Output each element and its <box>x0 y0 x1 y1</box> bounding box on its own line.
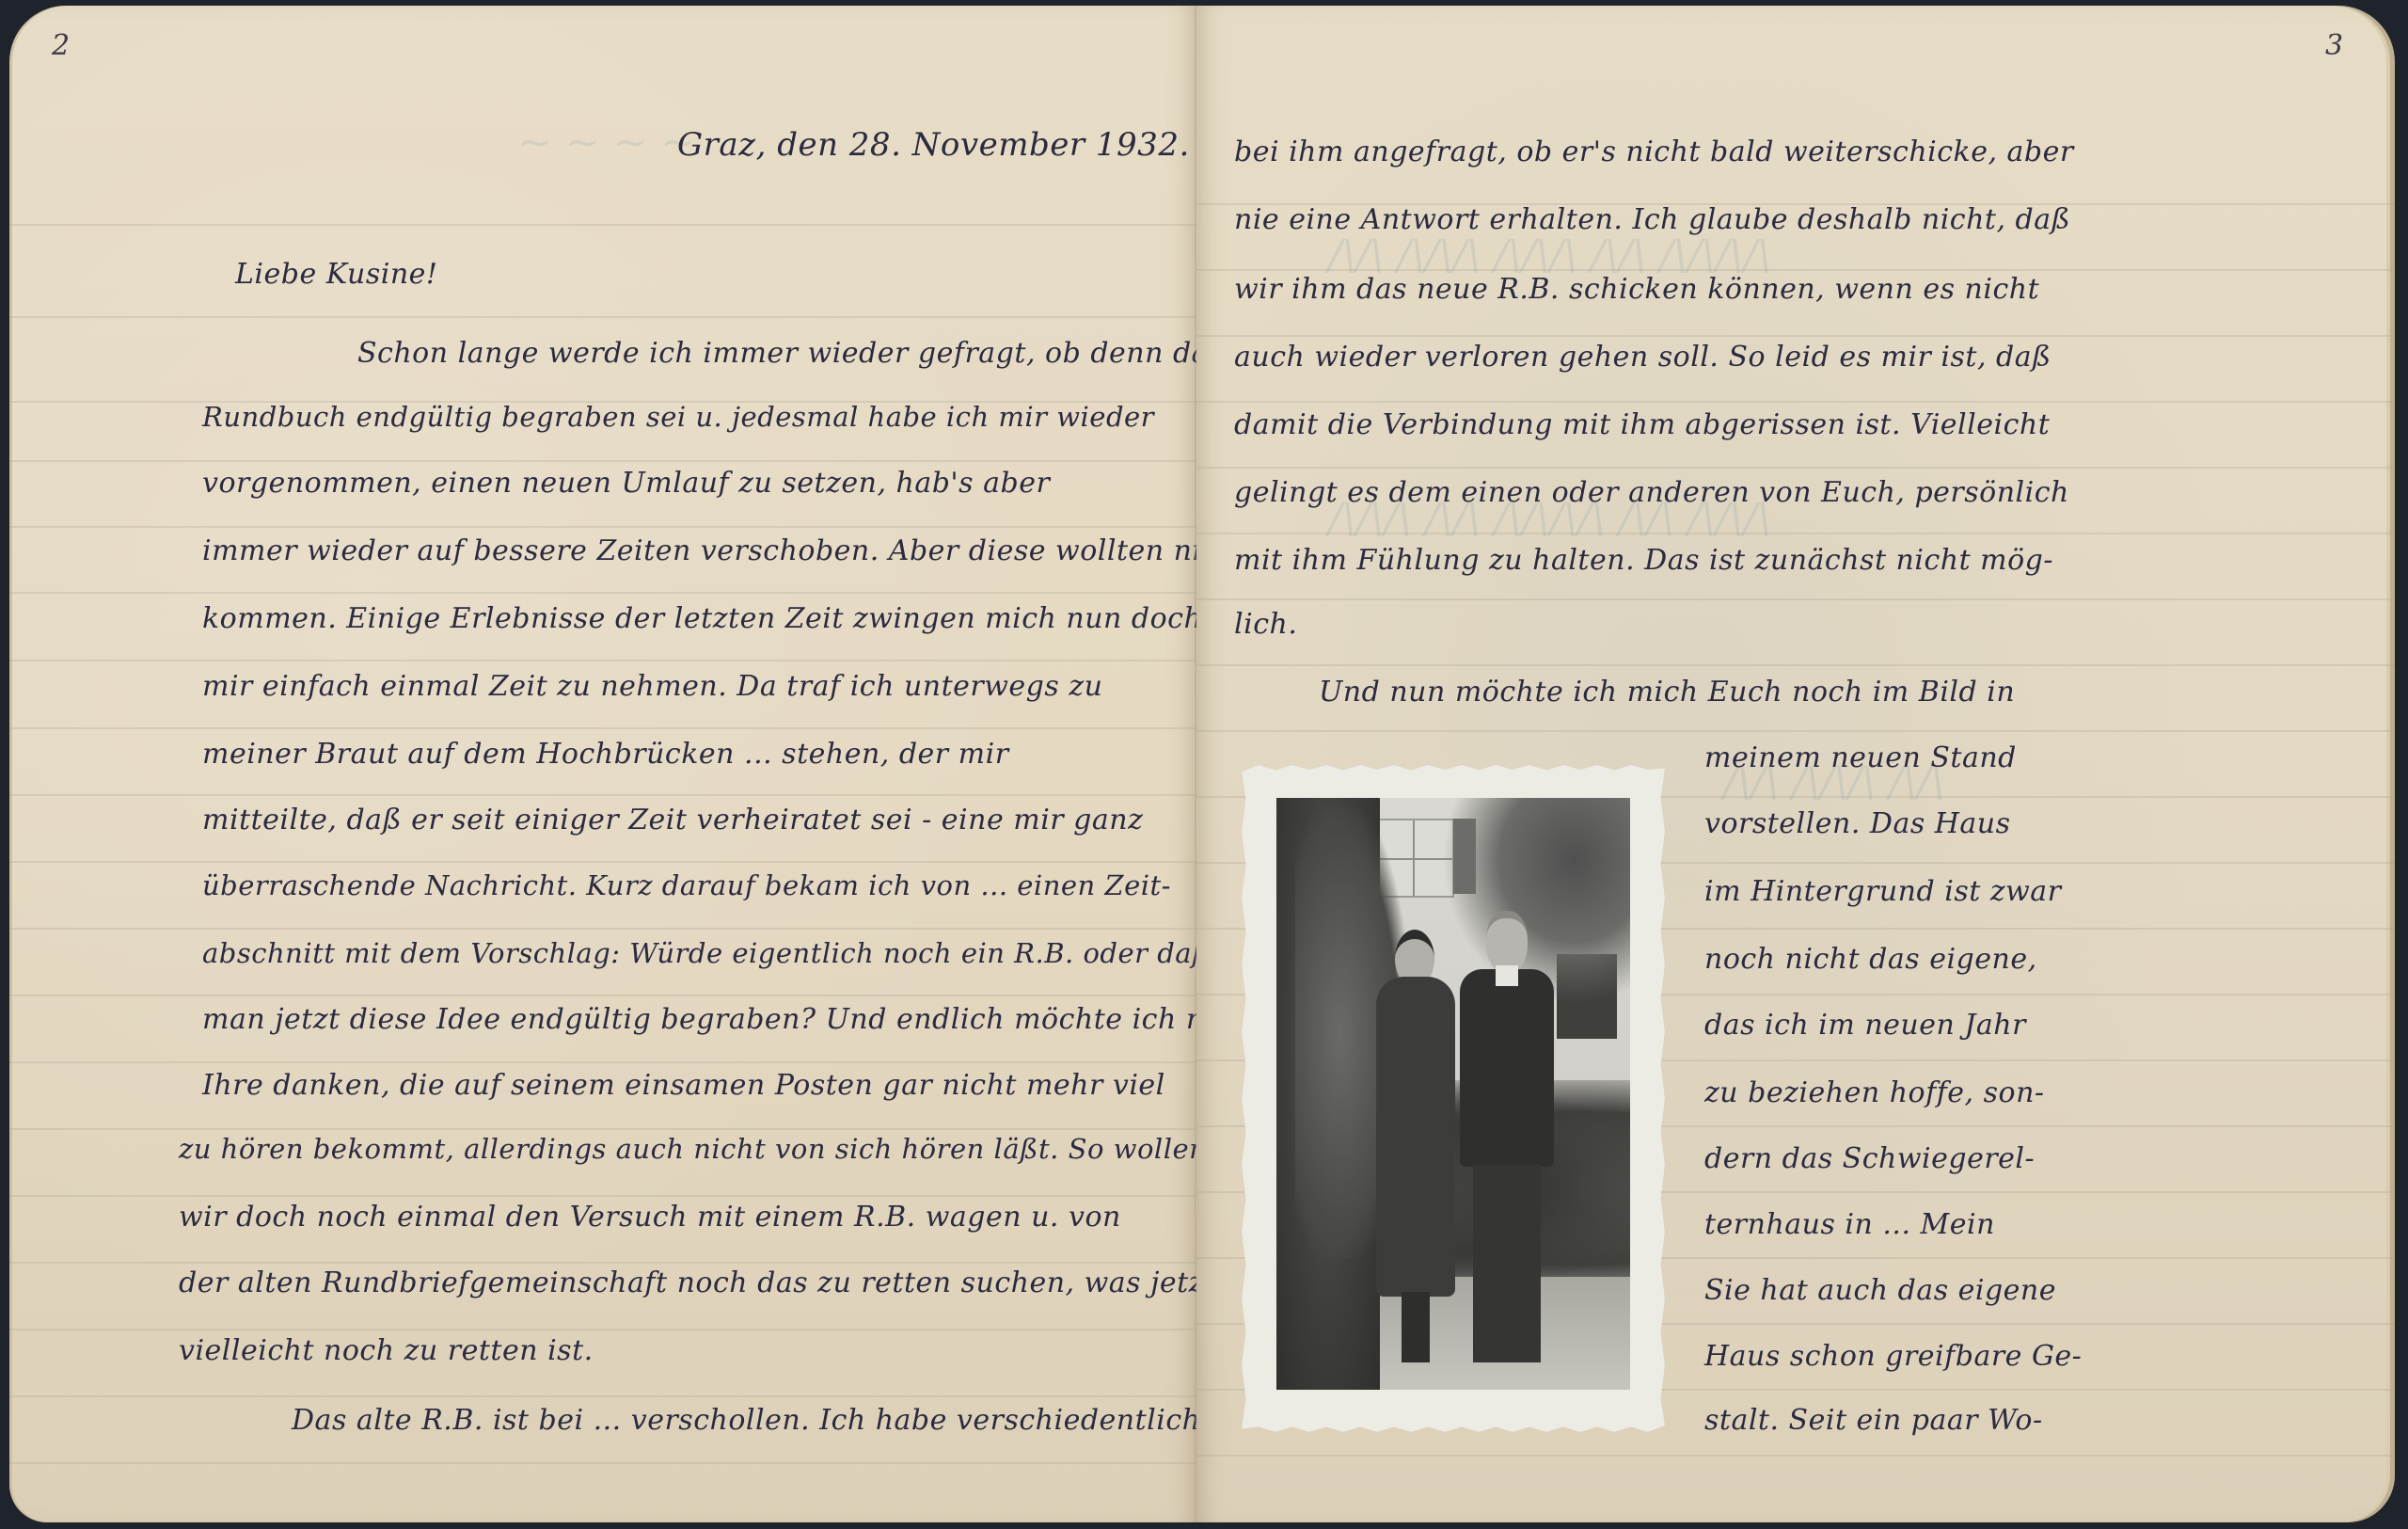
letter-line: stalt. Seit ein paar Wo- <box>1704 1404 2043 1437</box>
ruled-line <box>1196 1455 2395 1457</box>
woman-figure <box>1369 930 1463 1372</box>
letter-line: im Hintergrund ist zwar <box>1704 875 2062 908</box>
letter-line: meinem neuen Stand <box>1704 741 2017 774</box>
ruled-line <box>9 727 1196 729</box>
ruled-line <box>9 316 1196 318</box>
letter-line: zu beziehen hoffe, son- <box>1704 1076 2045 1109</box>
ruled-line <box>1196 401 2395 403</box>
letter-line: auch wieder verloren gehen soll. So leid… <box>1234 341 2052 374</box>
ruled-line <box>9 794 1196 796</box>
ruled-line <box>9 1395 1196 1397</box>
mounted-photograph <box>1242 765 1665 1432</box>
ruled-line <box>9 1195 1196 1197</box>
letter-line: wir doch noch einmal den Versuch mit ein… <box>179 1201 1121 1234</box>
ruled-line <box>1196 730 2395 732</box>
letter-line: noch nicht das eigene, <box>1704 943 2037 976</box>
letter-line: vorgenommen, einen neuen Umlauf zu setze… <box>202 467 1050 500</box>
letter-line: mit ihm Fühlung zu halten. Das ist zunäc… <box>1234 544 2053 577</box>
letter-line: Schon lange werde ich immer wieder gefra… <box>357 337 1196 370</box>
ruled-line <box>9 861 1196 863</box>
ruled-line <box>9 224 1196 226</box>
letter-line: kommen. Einige Erlebnisse der letzten Ze… <box>202 602 1196 635</box>
letter-line: Sie hat auch das eigene <box>1704 1274 2056 1307</box>
page-number: 2 <box>52 29 70 62</box>
couple-photo-image <box>1276 798 1630 1390</box>
letter-line: gelingt es dem einen oder anderen von Eu… <box>1234 476 2069 509</box>
man-figure <box>1450 911 1563 1372</box>
letter-line: Und nun möchte ich mich Euch noch im Bil… <box>1319 676 2015 709</box>
letter-line: Ihre danken, die auf seinem einsamen Pos… <box>202 1069 1165 1102</box>
letter-line: lich. <box>1234 608 1297 641</box>
ruled-line <box>1196 598 2395 600</box>
letter-line: Haus schon greifbare Ge- <box>1704 1340 2082 1373</box>
letter-line: überraschende Nachricht. Kurz darauf bek… <box>202 869 1171 901</box>
ruled-line <box>1196 467 2395 469</box>
letter-line: meiner Braut auf dem Hochbrücken ... ste… <box>202 738 1009 771</box>
letter-line: dern das Schwiegerel- <box>1704 1142 2035 1175</box>
letter-line: zu hören bekommt, allerdings auch nicht … <box>179 1133 1196 1165</box>
ruled-line <box>9 1128 1196 1130</box>
letter-line: vielleicht noch zu retten ist. <box>179 1334 594 1367</box>
ruled-line <box>1196 335 2395 337</box>
letter-line: wir ihm das neue R.B. schicken können, w… <box>1234 273 2039 306</box>
letter-line: der alten Rundbriefgemeinschaft noch das… <box>179 1266 1196 1299</box>
letter-line: mir einfach einmal Zeit zu nehmen. Da tr… <box>202 670 1102 703</box>
letter-line: abschnitt mit dem Vorschlag: Würde eigen… <box>202 937 1196 969</box>
ruled-line <box>9 660 1196 661</box>
ruled-line <box>9 1329 1196 1330</box>
ruled-line <box>9 526 1196 528</box>
letter-line: nie eine Antwort erhalten. Ich glaube de… <box>1234 203 2070 236</box>
ruled-line <box>9 460 1196 462</box>
letter-line: das ich im neuen Jahr <box>1704 1009 2026 1042</box>
letter-line: mitteilte, daß er seit einiger Zeit verh… <box>202 804 1143 836</box>
letter-line: man jetzt diese Idee endgültig begraben?… <box>202 1003 1196 1036</box>
notebook-spread: ~ ~ ~ ~ 2 Graz, den 28. November 1932. L… <box>0 0 2408 1529</box>
letter-date: Graz, den 28. November 1932. <box>677 126 1190 164</box>
ruled-line <box>9 1262 1196 1264</box>
letter-line: ternhaus in ... Mein <box>1704 1208 1995 1241</box>
ruled-line <box>9 928 1196 930</box>
ruled-line <box>1196 664 2395 666</box>
ruled-line <box>9 1462 1196 1464</box>
letter-line: vorstellen. Das Haus <box>1704 807 2011 840</box>
letter-line: Rundbuch endgültig begraben sei u. jedes… <box>202 401 1154 433</box>
letter-line: immer wieder auf bessere Zeiten verschob… <box>202 534 1196 567</box>
left-page: ~ ~ ~ ~ 2 Graz, den 28. November 1932. L… <box>9 6 1196 1522</box>
letter-line: damit die Verbindung mit ihm abgerissen … <box>1234 408 2050 441</box>
ruled-line <box>9 995 1196 996</box>
page-number: 3 <box>2325 29 2343 62</box>
letter-salutation: Liebe Kusine! <box>235 258 437 291</box>
bleed-through-ink: ~ ~ ~ ~ <box>517 119 695 167</box>
ruled-line <box>9 592 1196 594</box>
ruled-line <box>9 1061 1196 1063</box>
letter-line: Das alte R.B. ist bei ... verschollen. I… <box>292 1404 1196 1437</box>
letter-line: bei ihm angefragt, ob er's nicht bald we… <box>1234 135 2074 168</box>
